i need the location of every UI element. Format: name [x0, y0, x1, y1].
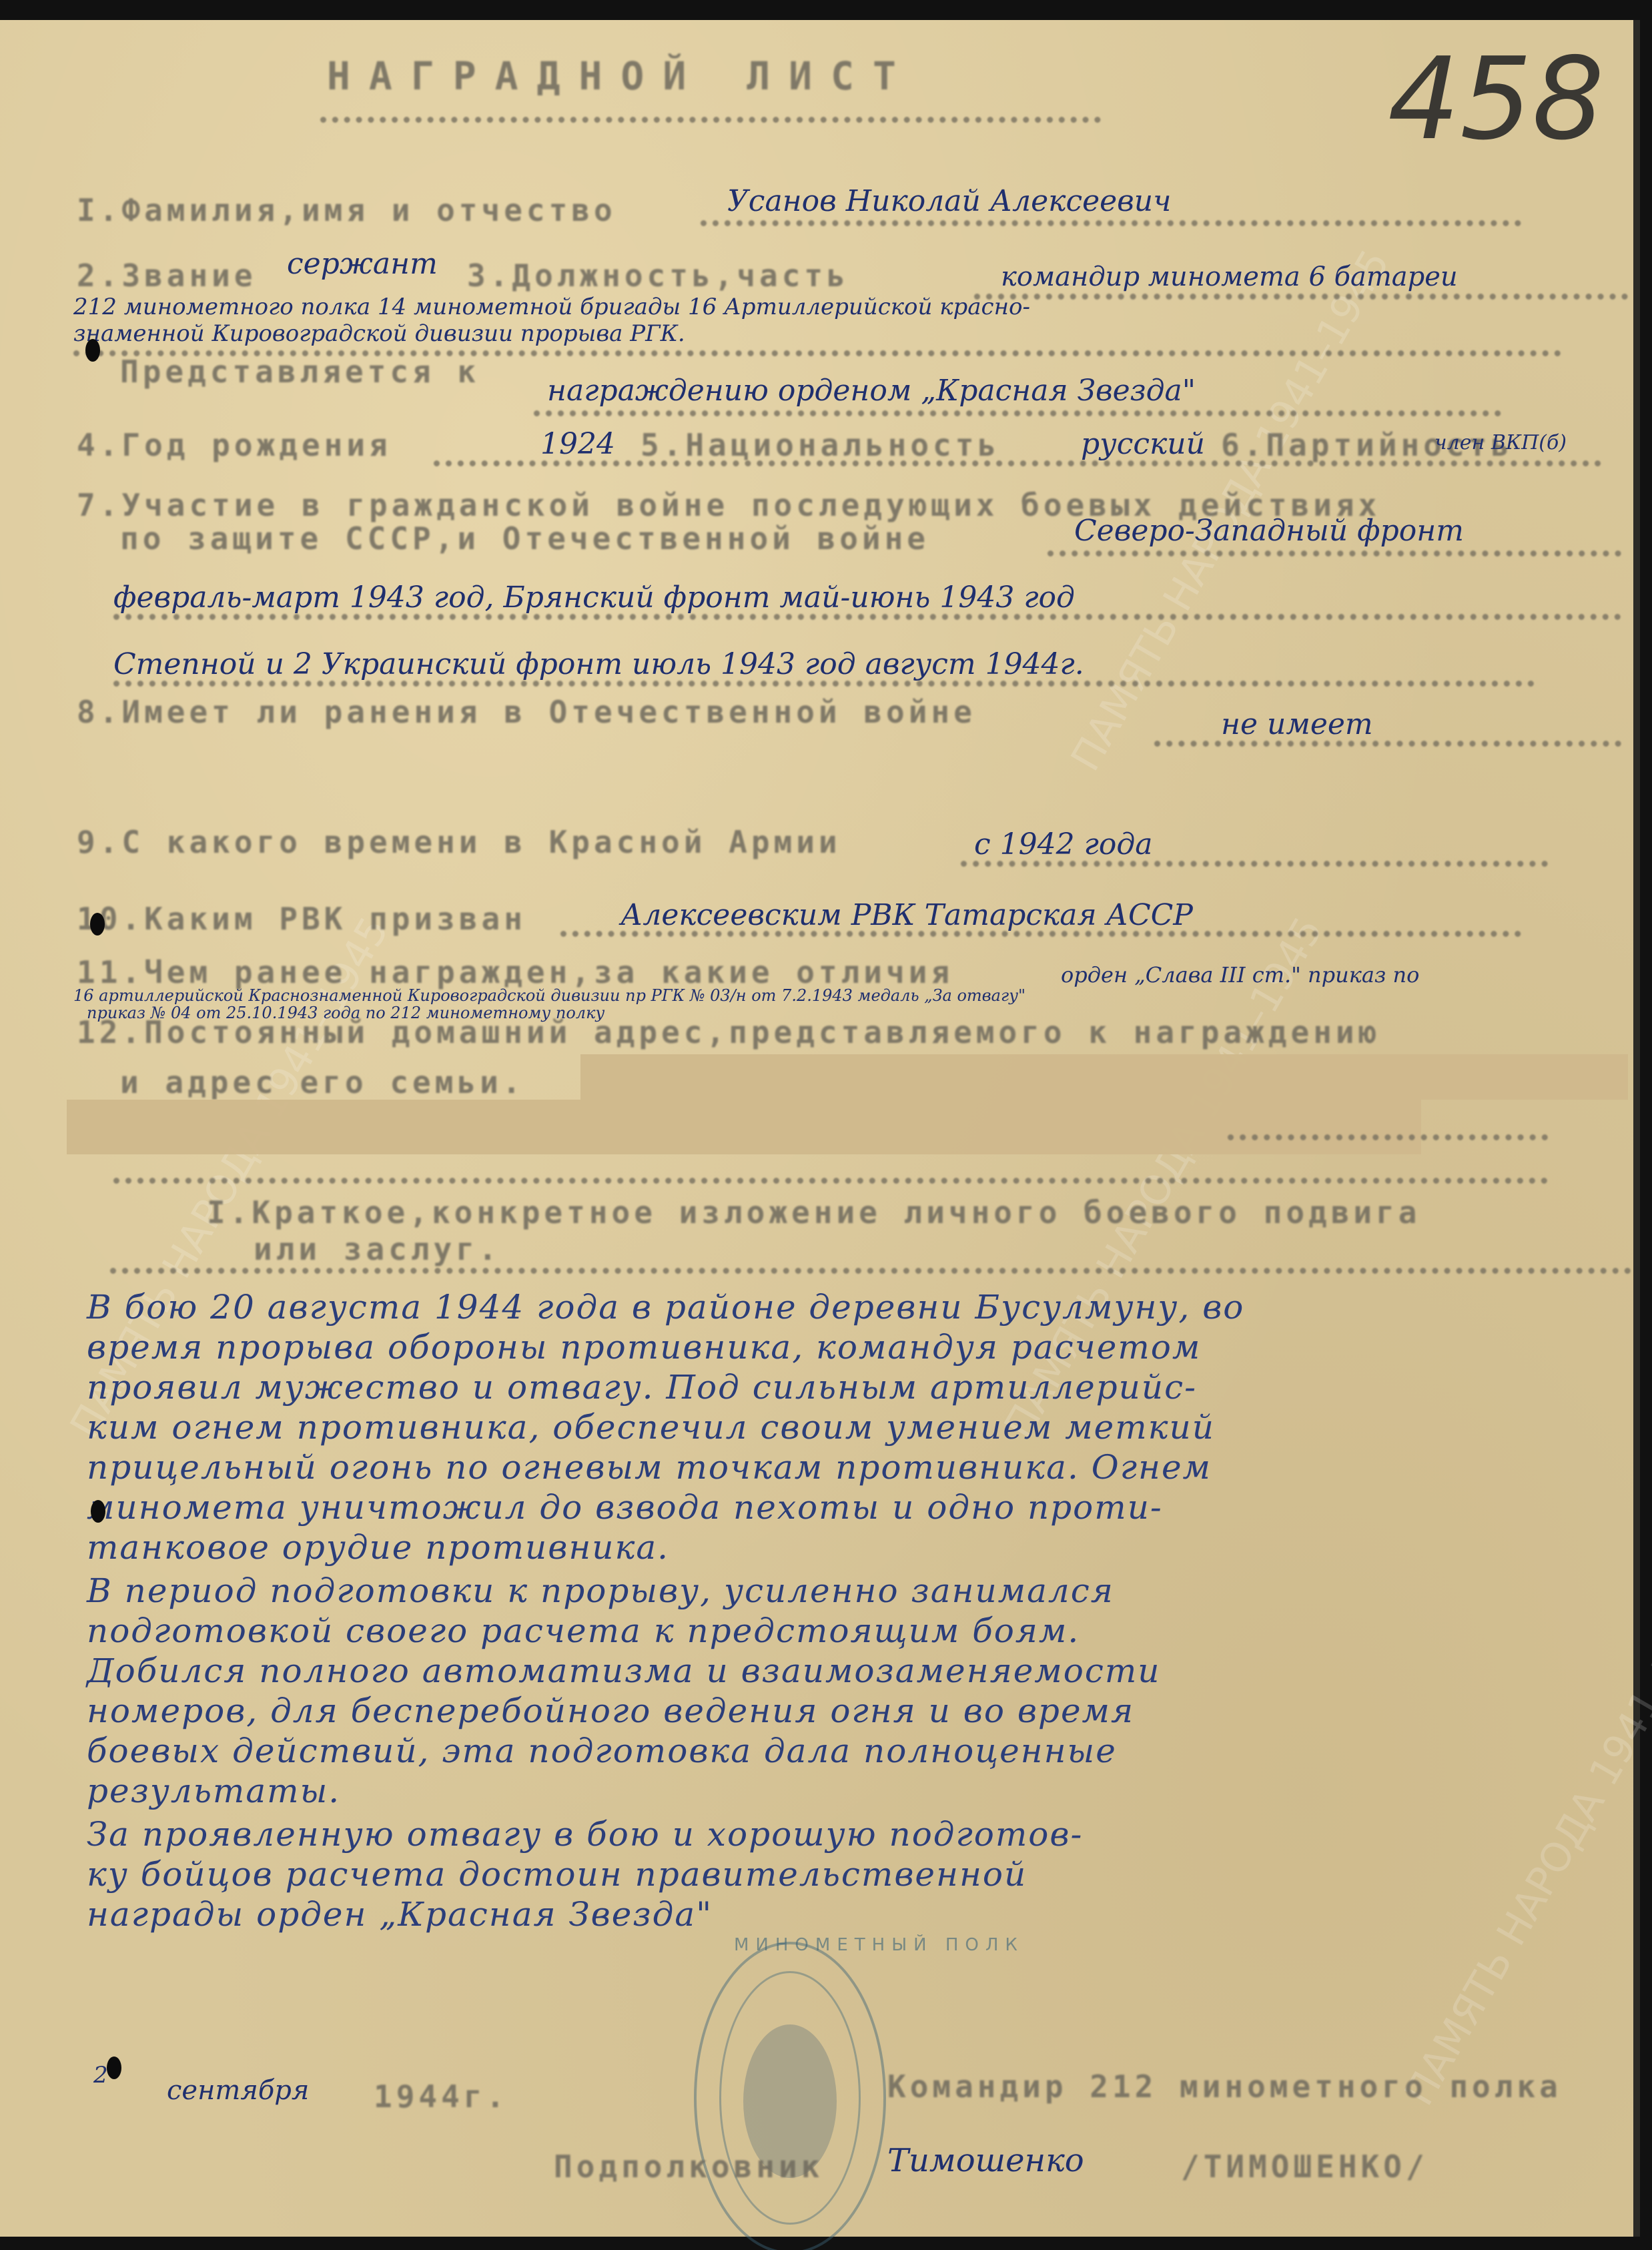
- narrative-line: танковое орудие противника.: [87, 1528, 669, 1567]
- field-home-address-label-line2: и адрес его семьи.: [120, 1064, 525, 1100]
- binder-hole: [85, 339, 100, 362]
- field-wounds-label: 8.Имеет ли ранения в Отечественной войне: [77, 694, 976, 730]
- narrative-line: прицельный огонь по огневым точкам проти…: [87, 1448, 1212, 1487]
- field-draft-office-label: 10.Каким РВК призван: [77, 901, 526, 937]
- field-nationality-value: русский: [1081, 427, 1205, 461]
- narrative-line: награды орден „Красная Звезда": [87, 1895, 713, 1934]
- archive-page-number: 458: [1388, 33, 1604, 165]
- field-name-label: I.Фамилия,имя и отчество: [77, 192, 616, 228]
- dotted-line: [113, 681, 1535, 687]
- dotted-line: [560, 931, 1521, 937]
- field-war-participation-value-line3: Степной и 2 Украинский фронт июль 1943 г…: [113, 647, 1084, 681]
- commander-printed-name: /ТИМОШЕНКО/: [1181, 2149, 1428, 2185]
- section-divider: [113, 1178, 1548, 1184]
- narrative-line: результаты.: [87, 1772, 340, 1810]
- narrative-line: Добился полного автоматизма и взаимозаме…: [87, 1651, 1160, 1690]
- narrative-line: ку бойцов расчета достоин правительствен…: [87, 1855, 1027, 1894]
- dotted-line: [1154, 741, 1621, 747]
- narrative-line: В период подготовки к прорыву, усиленно …: [87, 1571, 1114, 1610]
- field-war-participation-label-line2: по защите СССР,и Отечественной войне: [120, 520, 929, 556]
- narrative-line: ким огнем противника, обеспечил своим ум…: [87, 1408, 1215, 1447]
- field-birth-year-value: 1924: [540, 427, 615, 461]
- narrative-line: время прорыва обороны противника, команд…: [87, 1328, 1201, 1367]
- field-previous-awards-label: 11.Чем ранее награжден,за какие отличия: [77, 954, 953, 990]
- commander-rank: Подполковник: [554, 2149, 823, 2185]
- field-present-label: Представляется к: [120, 354, 480, 390]
- dotted-line: [534, 410, 1501, 416]
- narrative-line: В бою 20 августа 1944 года в районе дере…: [87, 1288, 1244, 1327]
- regiment-seal-stamp: [694, 1942, 886, 2250]
- redacted-address-block: [67, 1100, 1421, 1154]
- field-party-value: член ВКП(б): [1434, 431, 1567, 454]
- field-rank-label: 2.Звание: [77, 258, 257, 294]
- field-home-address-label: 12.Постоянный домашний адрес,представляе…: [77, 1014, 1380, 1050]
- dotted-line: [974, 294, 1628, 300]
- date-year: 1944г.: [374, 2079, 508, 2115]
- binder-hole: [90, 913, 105, 935]
- field-wounds-value: не имеет: [1221, 707, 1373, 741]
- field-rank-value: сержант: [287, 247, 438, 281]
- dotted-line: [1228, 1134, 1548, 1140]
- award-sheet-page: 458 ПАМЯТЬ НАРОДА 1941–1945 ПАМЯТЬ НАРОД…: [0, 20, 1640, 2237]
- narrative-line: номеров, для бесперебойного ведения огня…: [87, 1692, 1134, 1730]
- date-month: сентября: [167, 2075, 309, 2106]
- binder-hole: [91, 1500, 105, 1523]
- field-service-since-value: с 1942 года: [974, 827, 1152, 861]
- field-previous-awards-value-line2: 16 артиллерийской Краснознаменной Кирово…: [73, 986, 1025, 1005]
- narrative-line: подготовкой своего расчета к предстоящим…: [87, 1611, 1080, 1650]
- field-war-participation-value-line2: февраль-март 1943 год, Брянский фронт ма…: [113, 581, 1075, 615]
- field-war-participation-value: Северо-Западный фронт: [1074, 514, 1464, 548]
- dotted-line: [961, 861, 1548, 867]
- field-previous-awards-value: орден „Слава III ст." приказ по: [1061, 962, 1419, 988]
- section-heading-line2: или заслуг.: [254, 1231, 501, 1267]
- commander-title: Командир 212 минометного полка: [887, 2069, 1562, 2105]
- narrative-line: За проявленную отвагу в бою и хорошую по…: [87, 1815, 1083, 1854]
- narrative-line: миномета уничтожил до взвода пехоты и од…: [87, 1488, 1163, 1527]
- regiment-seal-text: МИНОМЕТНЫЙ ПОЛК: [734, 1935, 1024, 1955]
- commander-signature: Тимошенко: [887, 2142, 1084, 2179]
- field-position-value-line2: 212 минометного полка 14 минометной бриг…: [73, 294, 1030, 320]
- binder-hole: [107, 2056, 121, 2079]
- field-position-value-line3: знаменной Кировоградской дивизии прорыва…: [73, 320, 685, 347]
- field-present-value: награждению орденом „Красная Звезда": [547, 374, 1196, 408]
- field-position-label: 3.Должность,часть: [467, 258, 849, 294]
- field-service-since-label: 9.С какого времени в Красной Армии: [77, 824, 841, 860]
- redacted-address-block: [580, 1054, 1628, 1100]
- dotted-line: [113, 614, 1621, 620]
- watermark: ПАМЯТЬ НАРОДА 1941–1945: [1396, 1577, 1652, 2113]
- section-divider: [110, 1268, 1631, 1274]
- field-draft-office-value: Алексеевским РВК Татарская АССР: [621, 898, 1193, 932]
- narrative-line: боевых действий, эта подготовка дала пол…: [87, 1732, 1117, 1770]
- document-title: НАГРАДНОЙ ЛИСТ: [327, 53, 915, 99]
- field-position-value: командир миномета 6 батареи: [1001, 262, 1458, 292]
- narrative-line: проявил мужество и отвагу. Под сильным а…: [87, 1368, 1197, 1407]
- field-name-value: Усанов Николай Алексеевич: [727, 184, 1171, 218]
- field-birth-year-label: 4.Год рождения: [77, 427, 392, 463]
- section-heading: I.Краткое,конкретное изложение личного б…: [207, 1194, 1421, 1230]
- dotted-line: [1048, 550, 1621, 556]
- date-day: 2: [93, 2062, 108, 2089]
- title-underline: [320, 117, 1101, 123]
- field-nationality-label: 5.Национальность: [641, 427, 1000, 463]
- dotted-line: [701, 220, 1521, 226]
